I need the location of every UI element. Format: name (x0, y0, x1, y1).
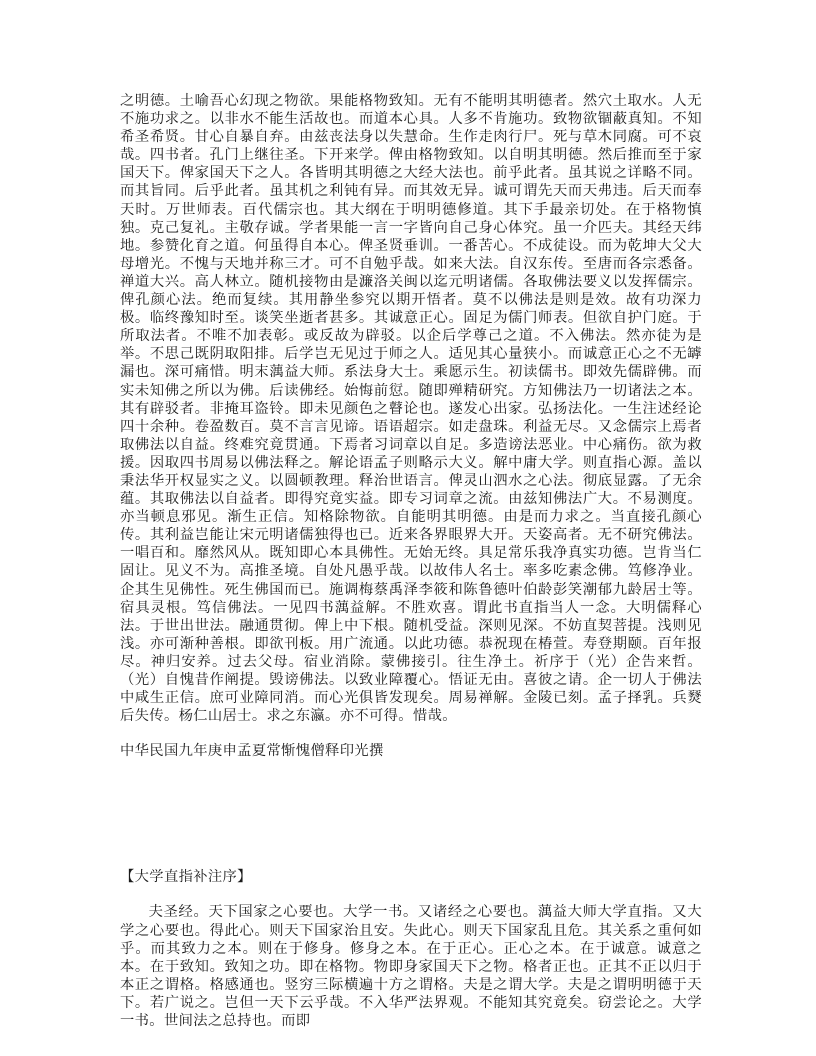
document-page: 之明德。土喻吾心幻现之物欲。果能格物致知。无有不能明其明德者。然穴土取水。人无不… (120, 92, 702, 1030)
section-title: 【大学直指补注序】 (120, 868, 702, 886)
preface-body: 之明德。土喻吾心幻现之物欲。果能格物致知。无有不能明其明德者。然穴土取水。人无不… (120, 92, 702, 725)
section-body: 夫圣经。天下国家之心要也。大学一书。又诸经之心要也。蕅益大师大学直指。又大学之心… (120, 903, 702, 1030)
preface-signature: 中华民国九年庚申孟夏常惭愧僧释印光撰 (120, 742, 702, 760)
